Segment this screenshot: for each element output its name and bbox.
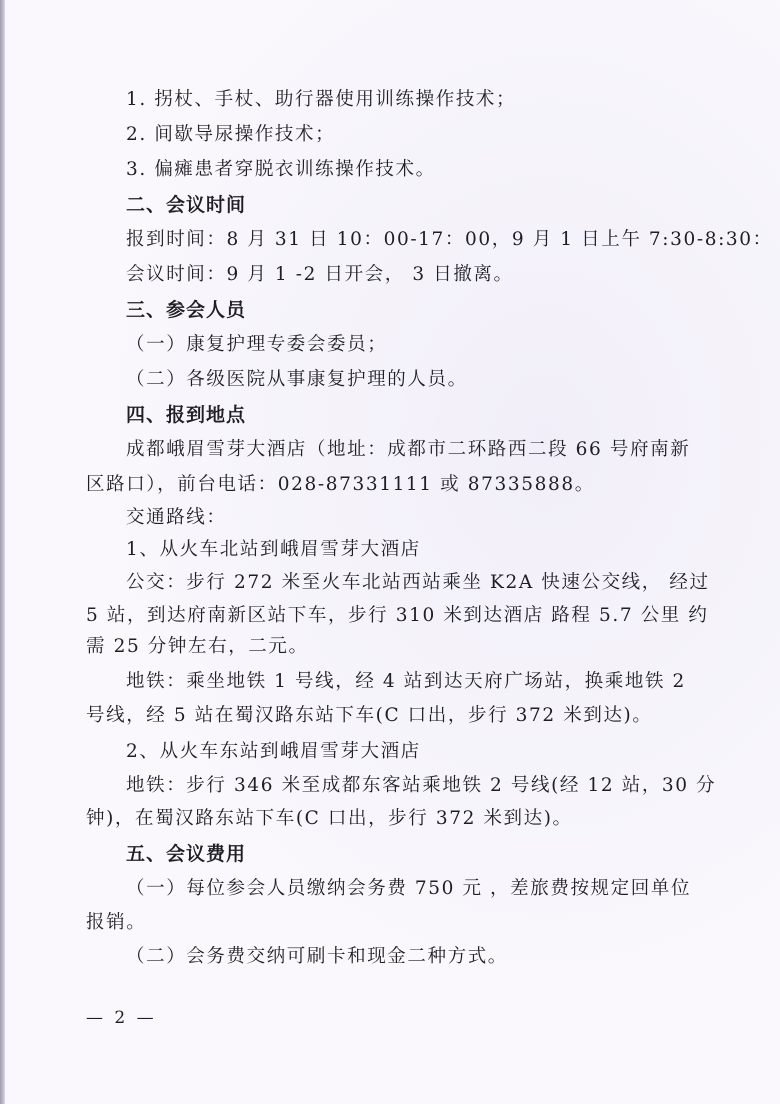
registration-time: 报到时间：8 月 31 日 10：00-17：00，9 月 1 日上午 7:30…: [126, 228, 773, 252]
section-heading-attendees: 三、参会人员: [126, 298, 246, 322]
route-1-metro-line-2: 号线，经 5 站在蜀汉路东站下车(C 口出，步行 372 米到达)。: [86, 704, 652, 728]
list-item-crutch-training: 1. 拐杖、手杖、助行器使用训练操作技术；: [126, 88, 516, 112]
route-1-metro-line-1: 地铁：乘坐地铁 1 号线，经 4 站到达天府广场站，换乘地铁 2: [126, 670, 686, 694]
list-item-catheterization: 2. 间歇导尿操作技术；: [126, 123, 335, 147]
section-heading-meeting-time: 二、会议时间: [126, 193, 246, 217]
section-heading-fees: 五、会议费用: [126, 842, 246, 866]
route-2-title: 2、从火车东站到峨眉雪芽大酒店: [126, 740, 421, 764]
venue-address-line-2: 区路口），前台电话：028-87331111 或 87335888。: [86, 473, 595, 497]
route-1-title: 1、从火车北站到峨眉雪芽大酒店: [126, 538, 421, 562]
fee-item-1-line-1: （一）每位参会人员缴纳会务费 750 元 ，差旅费按规定回单位: [126, 877, 691, 901]
route-1-bus-line-2: 5 站，到达府南新区站下车，步行 310 米到达酒店 路程 5.7 公里 约: [86, 604, 708, 628]
venue-address-line-1: 成都峨眉雪芽大酒店（地址：成都市二环路西二段 66 号府南新: [126, 438, 690, 462]
list-item-dressing-training: 3. 偏瘫患者穿脱衣训练操作技术。: [126, 158, 436, 182]
route-2-metro-line-2: 钟)，在蜀汉路东站下车(C 口出，步行 372 米到达)。: [86, 807, 573, 831]
meeting-time: 会议时间：9 月 1 -2 日开会， 3 日撤离。: [126, 263, 514, 287]
fee-item-2: （二）会务费交纳可刷卡和现金二种方式。: [126, 945, 508, 969]
route-1-bus-line-3: 需 25 分钟左右，二元。: [86, 635, 309, 659]
attendee-item-1: （一）康复护理专委会委员；: [126, 333, 387, 357]
section-heading-venue: 四、报到地点: [126, 403, 246, 427]
route-2-metro-line-1: 地铁：步行 346 米至成都东客站乘地铁 2 号线(经 12 站，30 分: [126, 774, 716, 798]
route-1-bus-line-1: 公交：步行 272 米至火车北站西站乘坐 K2A 快速公交线， 经过: [126, 571, 710, 595]
document-page: 1. 拐杖、手杖、助行器使用训练操作技术； 2. 间歇导尿操作技术； 3. 偏瘫…: [0, 0, 780, 1104]
fee-item-1-line-2: 报销。: [86, 911, 146, 935]
transport-routes-label: 交通路线：: [126, 506, 227, 530]
attendee-item-2: （二）各级医院从事康复护理的人员。: [126, 368, 468, 392]
page-number: — 2 —: [86, 1008, 157, 1028]
scan-edge: [0, 0, 5, 1104]
